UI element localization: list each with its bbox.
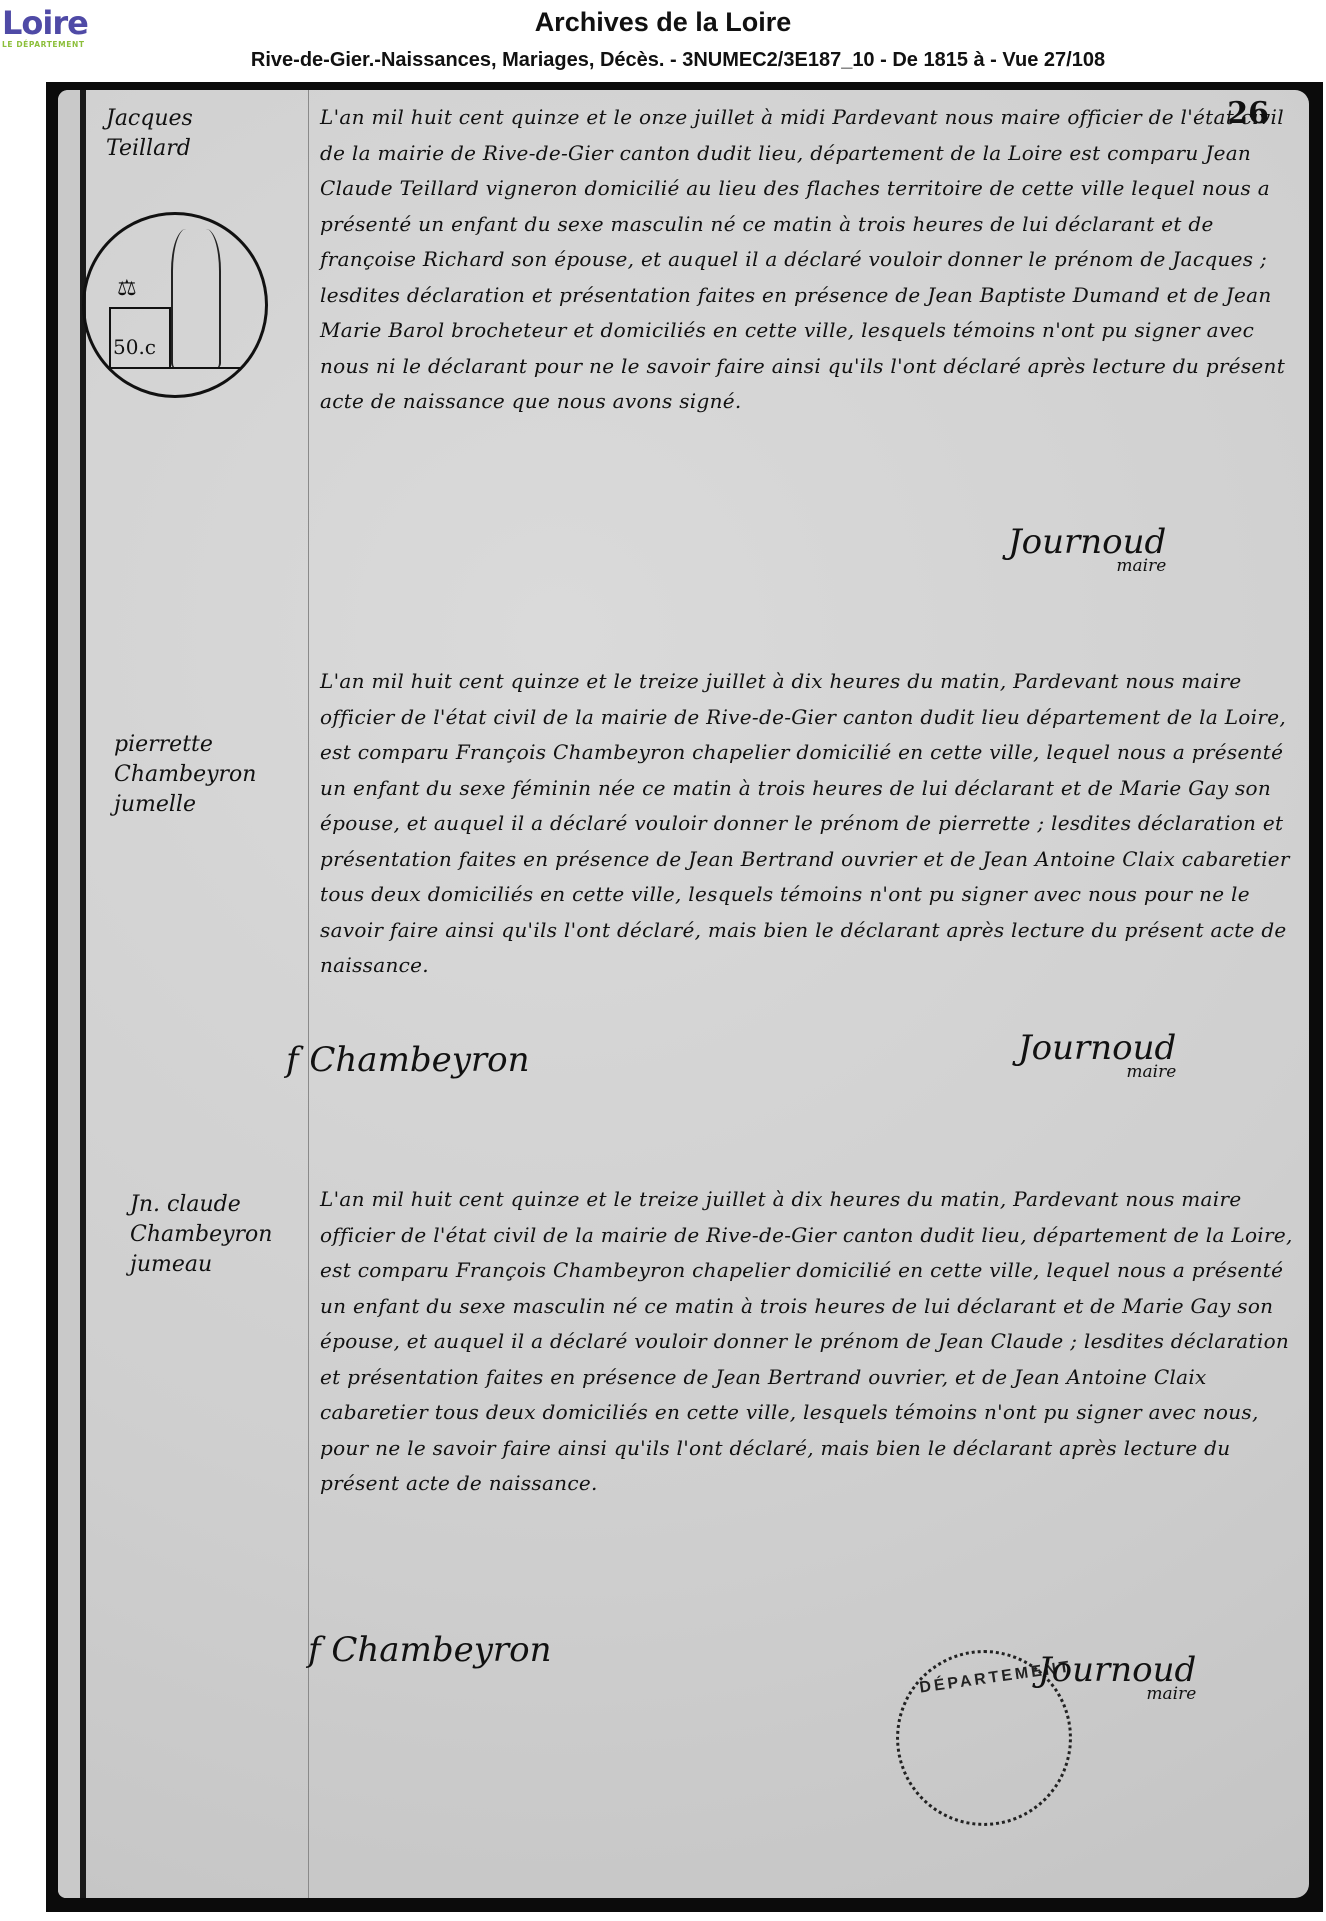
register-sheet: 26 Jacques Teillard ⚖ 50.c L'an mil huit… (58, 90, 1309, 1898)
signature-mayor-record-1: Journoud maire (1008, 522, 1166, 576)
margin-note-line: jumeau (130, 1250, 272, 1280)
scanned-page-viewer[interactable]: 26 Jacques Teillard ⚖ 50.c L'an mil huit… (46, 82, 1323, 1912)
margin-note-line: Jacques (106, 104, 193, 134)
margin-note-line: Chambeyron (130, 1220, 272, 1250)
margin-note-line: Teillard (106, 134, 193, 164)
margin-note-line: Jn. claude (130, 1190, 272, 1220)
record-3-text: L'an mil huit cent quinze et le treize j… (320, 1182, 1305, 1502)
stamp-value: 50.c (113, 335, 156, 359)
facing-page-edge (58, 90, 86, 1898)
margin-note-line: Chambeyron (114, 760, 256, 790)
margin-note-line: pierrette (114, 730, 256, 760)
signature-name: f Chambeyron (308, 1630, 552, 1670)
tax-stamp: ⚖ 50.c (82, 212, 268, 398)
scales-icon: ⚖ (117, 275, 137, 301)
margin-note-record-3: Jn. claude Chambeyron jumeau (130, 1190, 272, 1280)
justice-figure-icon (171, 229, 221, 369)
margin-note-line: jumelle (114, 790, 256, 820)
margin-note-record-1: Jacques Teillard (106, 104, 193, 164)
margin-note-record-2: pierrette Chambeyron jumelle (114, 730, 256, 820)
record-2-text: L'an mil huit cent quinze et le treize j… (320, 664, 1305, 984)
record-1-text: L'an mil huit cent quinze et le onze jui… (320, 100, 1305, 420)
stamp-base (115, 367, 241, 369)
signature-declarant-record-2: f Chambeyron (286, 1040, 530, 1080)
signature-name: f Chambeyron (286, 1040, 530, 1080)
archive-title: Archives de la Loire (0, 6, 1326, 38)
document-reference: Rive-de-Gier.-Naissances, Mariages, Décè… (0, 48, 1326, 72)
signature-mayor-record-3: Journoud maire (1038, 1650, 1196, 1704)
signature-declarant-record-3: f Chambeyron (308, 1630, 552, 1670)
margin-rule (308, 90, 309, 1898)
signature-mayor-record-2: Journoud maire (1018, 1028, 1176, 1082)
